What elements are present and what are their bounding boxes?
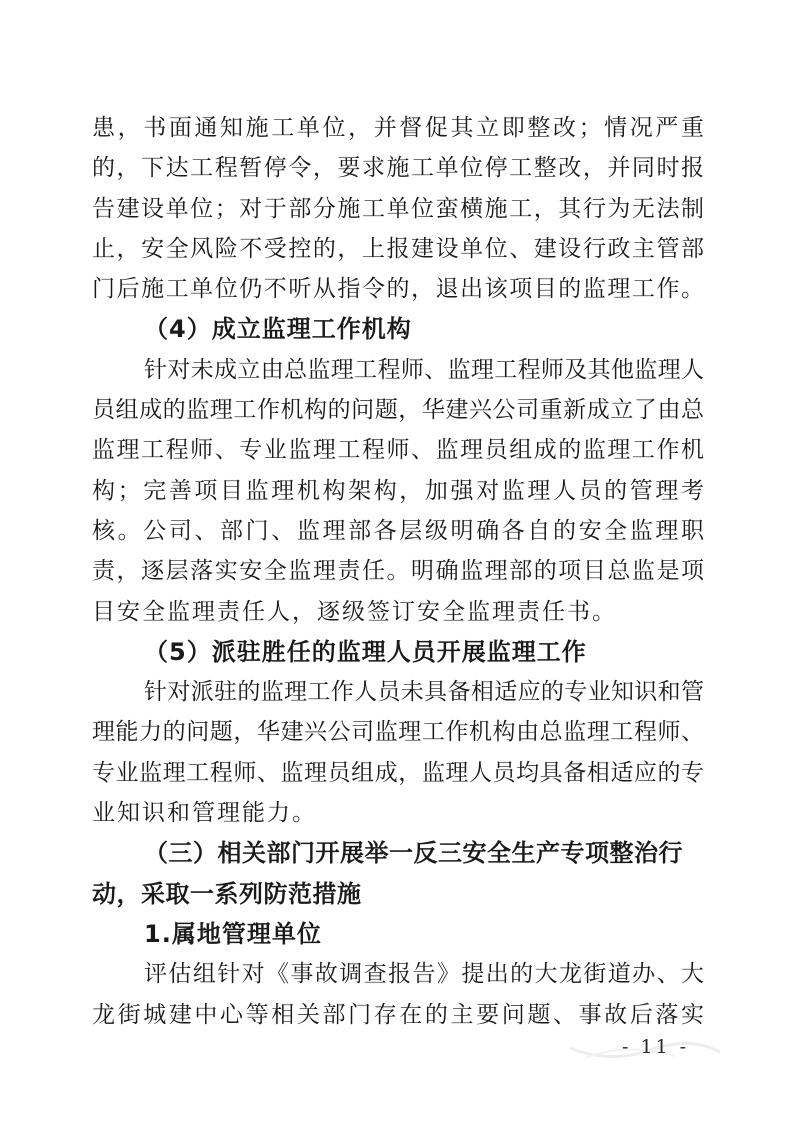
body-line: 核。公司、部门、监理部各层级明确各自的安全监理职 [92,511,704,551]
document-page: 患，书面通知施工单位，并督促其立即整改；情况严重 的，下达工程暂停令，要求施工单… [0,0,794,1123]
section-3-heading-line: （三）相关部门开展举一反三安全生产专项整治行 [92,833,704,873]
body-line: 业知识和管理能力。 [92,793,704,833]
section-4-heading: （4）成立监理工作机构 [92,309,704,349]
body-line: 门后施工单位仍不听从指令的，退出该项目的监理工作。 [92,269,704,309]
body-line: 告建设单位；对于部分施工单位蛮横施工，其行为无法制 [92,189,704,229]
body-line: 专业监理工程师、监理员组成，监理人员均具备相适应的专 [92,753,704,793]
body-line: 构；完善项目监理机构架构，加强对监理人员的管理考 [92,471,704,511]
body-line: 目安全监理责任人，逐级签订安全监理责任书。 [92,592,704,632]
subsection-1-heading: 1.属地管理单位 [92,914,704,954]
body-line: 员组成的监理工作机构的问题，华建兴公司重新成立了由总 [92,390,704,430]
body-line: 的，下达工程暂停令，要求施工单位停工整改，并同时报 [92,148,704,188]
section-5-heading: （5）派驻胜任的监理人员开展监理工作 [92,632,704,672]
body-line: 龙街城建中心等相关部门存在的主要问题、事故后落实 [92,995,704,1035]
section-3-heading-line: 动，采取一系列防范措施 [92,874,704,914]
document-text-block: 患，书面通知施工单位，并督促其立即整改；情况严重 的，下达工程暂停令，要求施工单… [92,108,704,1035]
body-line: 针对派驻的监理工作人员未具备相适应的专业知识和管 [92,672,704,712]
body-line: 责，逐层落实安全监理责任。明确监理部的项目总监是项 [92,551,704,591]
body-line: 评估组针对《事故调查报告》提出的大龙街道办、大 [92,954,704,994]
page-number: - 11 - [622,1036,689,1058]
body-line: 监理工程师、专业监理工程师、监理员组成的监理工作机 [92,430,704,470]
body-line: 针对未成立由总监理工程师、监理工程师及其他监理人 [92,350,704,390]
body-line: 理能力的问题，华建兴公司监理工作机构由总监理工程师、 [92,712,704,752]
body-line: 患，书面通知施工单位，并督促其立即整改；情况严重 [92,108,704,148]
body-line: 止，安全风险不受控的，上报建设单位、建设行政主管部 [92,229,704,269]
